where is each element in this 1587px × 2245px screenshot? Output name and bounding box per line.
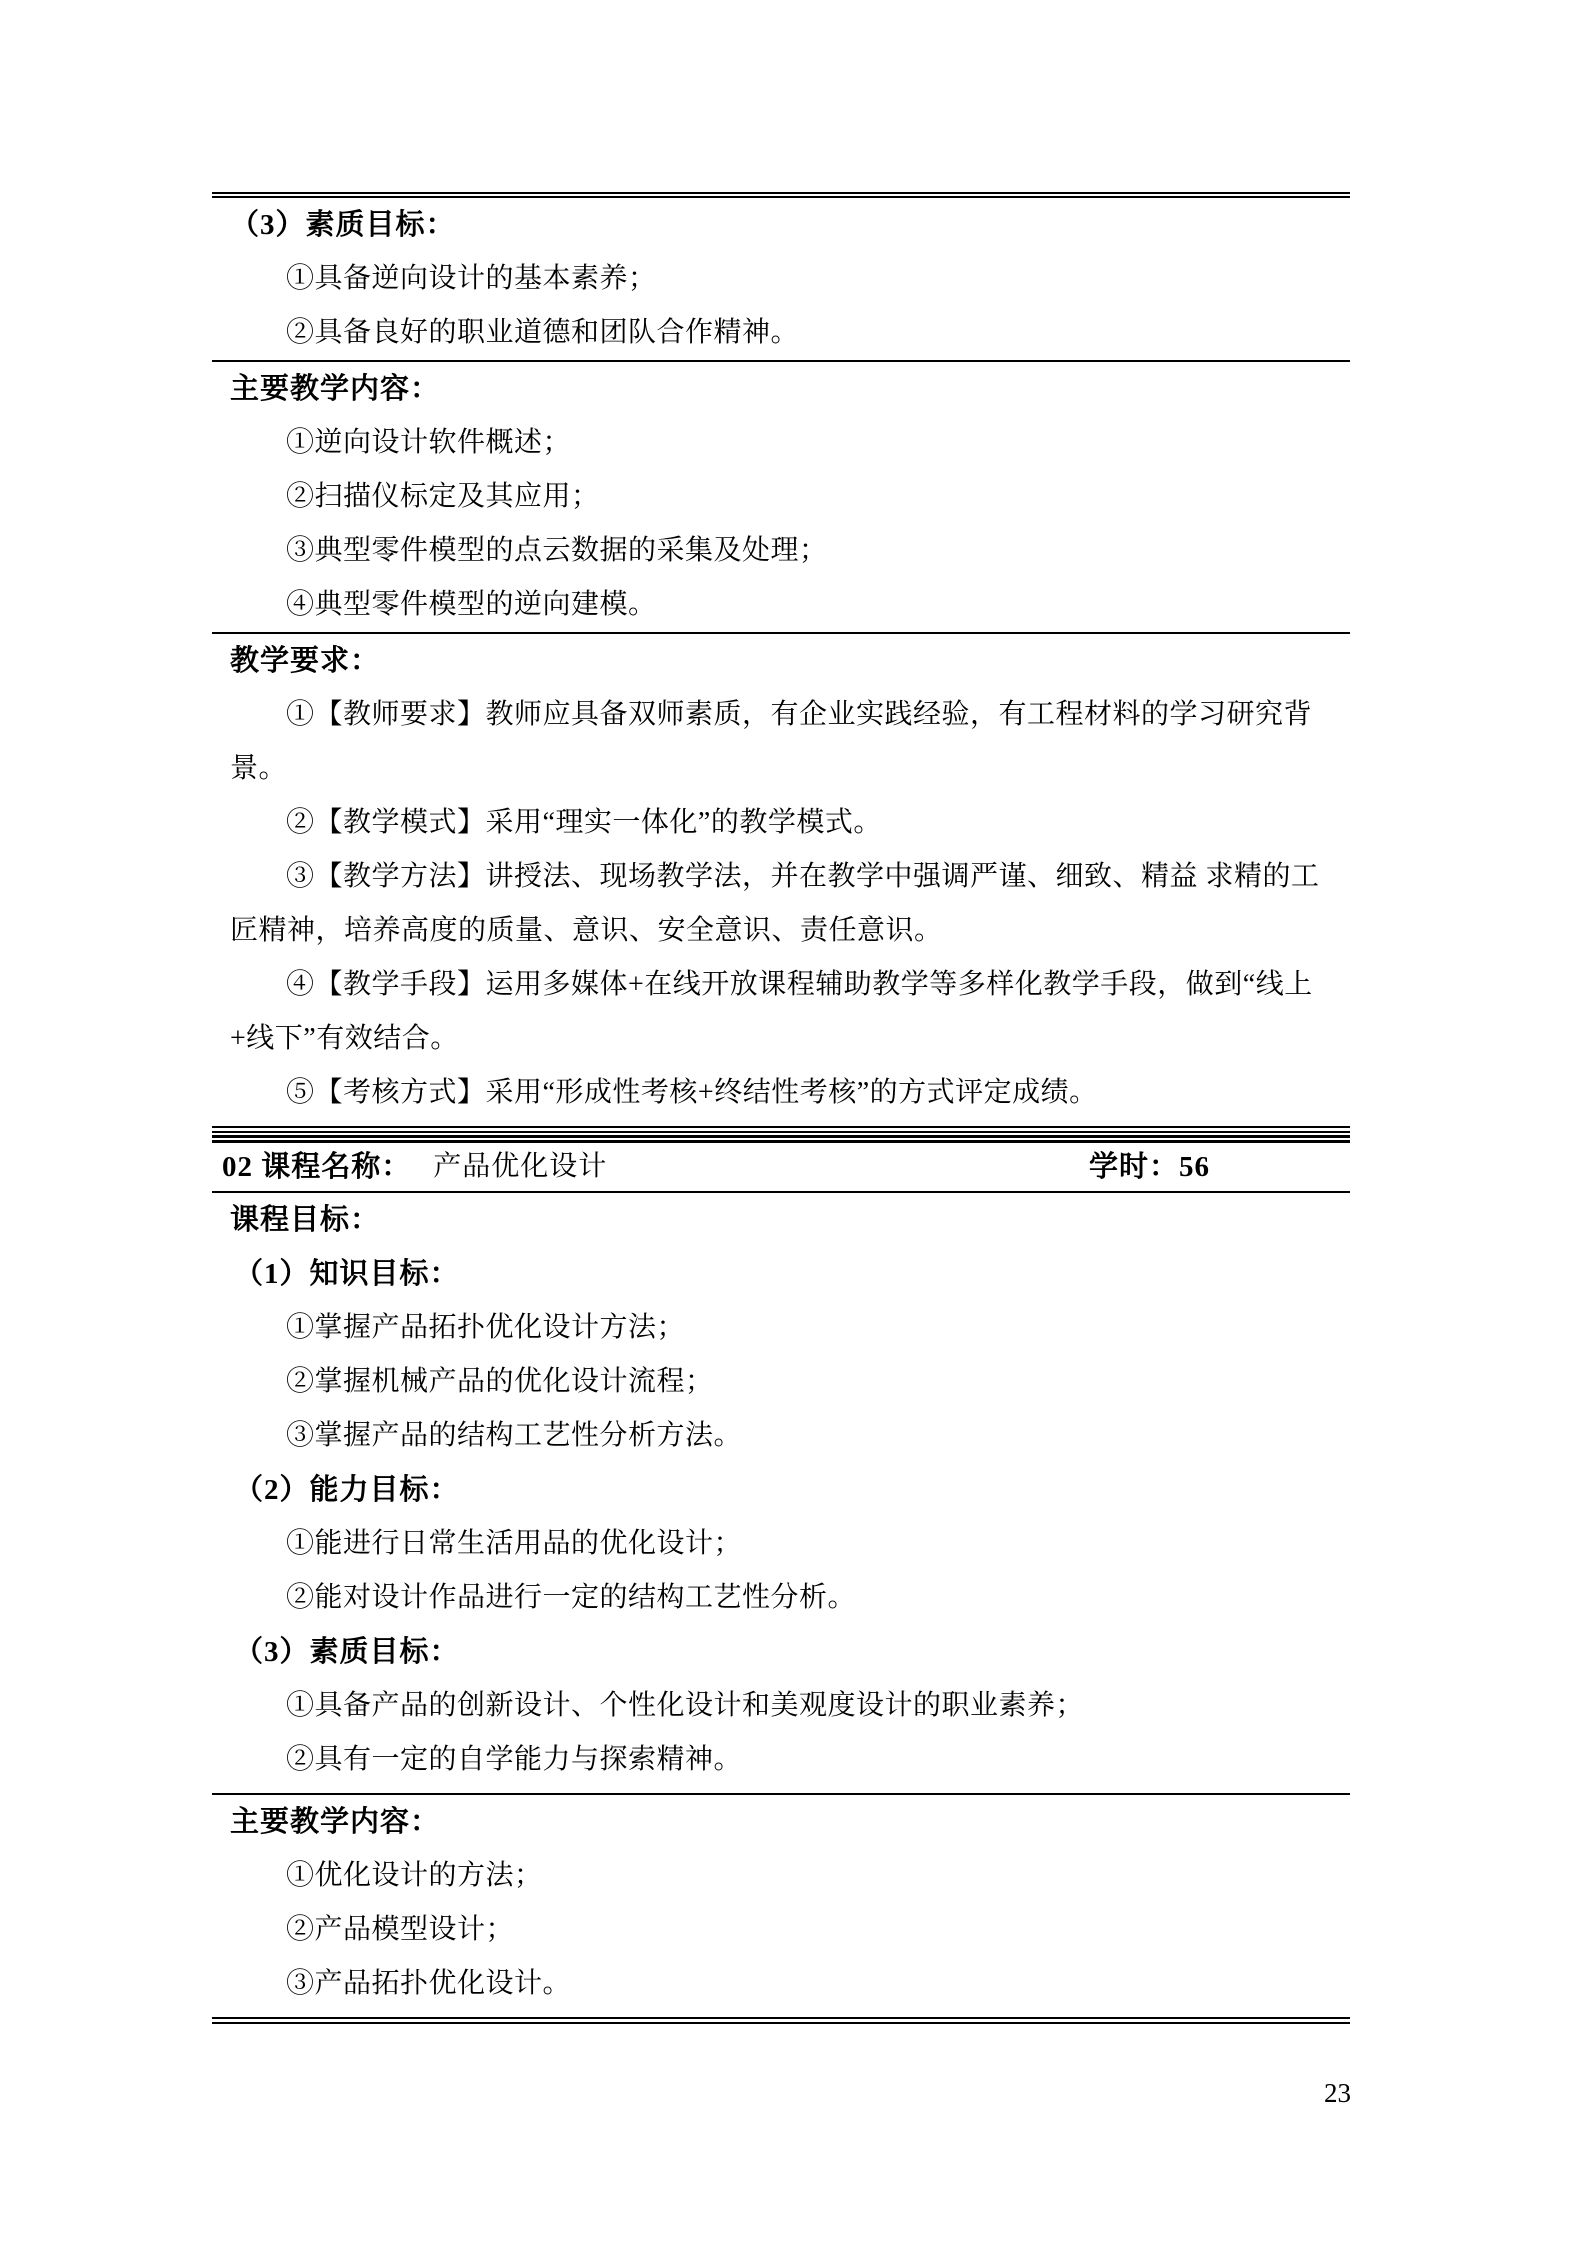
course-teaching-content-row: 主要教学内容： ①优化设计的方法； ②产品模型设计； ③产品拓扑优化设计。 bbox=[212, 1795, 1350, 2017]
knowledge-goal-item: ②掌握机械产品的优化设计流程； bbox=[220, 1355, 1342, 1409]
course-01-syllabus-table: （3）素质目标： ①具备逆向设计的基本素养； ②具备良好的职业道德和团队合作精神… bbox=[212, 192, 1350, 1133]
teaching-requirements-item: ①【教师要求】教师应具备双师素质，有企业实践经验，有工程材料的学习研究背景。 bbox=[220, 688, 1342, 796]
quality-goal-item: ①具备逆向设计的基本素养； bbox=[220, 252, 1342, 306]
teaching-requirements-row: 教学要求： ①【教师要求】教师应具备双师素质，有企业实践经验，有工程材料的学习研… bbox=[212, 634, 1350, 1126]
course-02-syllabus-table: 02 课程名称： 产品优化设计 学时：56 课程目标： （1）知识目标： ①掌握… bbox=[212, 1135, 1350, 2024]
course-objectives-row: 课程目标： （1）知识目标： ①掌握产品拓扑优化设计方法； ②掌握机械产品的优化… bbox=[212, 1193, 1350, 1795]
course-header-row: 02 课程名称： 产品优化设计 学时：56 bbox=[212, 1143, 1350, 1193]
quality-goal-item: ②具备良好的职业道德和团队合作精神。 bbox=[220, 306, 1342, 360]
teaching-content-item: ①逆向设计软件概述； bbox=[220, 416, 1342, 470]
document-page: （3）素质目标： ①具备逆向设计的基本素养； ②具备良好的职业道德和团队合作精神… bbox=[0, 0, 1587, 2245]
teaching-requirements-item: ②【教学模式】采用“理实一体化”的教学模式。 bbox=[220, 796, 1342, 850]
ability-goal-item: ②能对设计作品进行一定的结构工艺性分析。 bbox=[220, 1571, 1342, 1625]
teaching-content-item: ④典型零件模型的逆向建模。 bbox=[220, 578, 1342, 632]
quality-goal-title: （3）素质目标： bbox=[220, 1625, 1342, 1679]
quality-goal-item: ②具有一定的自学能力与探索精神。 bbox=[220, 1733, 1342, 1787]
ability-goal-title: （2）能力目标： bbox=[220, 1463, 1342, 1517]
teaching-content-item: ③产品拓扑优化设计。 bbox=[220, 1957, 1342, 2011]
knowledge-goal-item: ③掌握产品的结构工艺性分析方法。 bbox=[220, 1409, 1342, 1463]
quality-goal-title: （3）素质目标： bbox=[220, 198, 1342, 252]
knowledge-goal-title: （1）知识目标： bbox=[220, 1247, 1342, 1301]
knowledge-goal-item: ①掌握产品拓扑优化设计方法； bbox=[220, 1301, 1342, 1355]
teaching-content-item: ③典型零件模型的点云数据的采集及处理； bbox=[220, 524, 1342, 578]
teaching-requirements-item: ④【教学手段】运用多媒体+在线开放课程辅助教学等多样化教学手段，做到“线上+线下… bbox=[220, 958, 1342, 1066]
quality-goal-row: （3）素质目标： ①具备逆向设计的基本素养； ②具备良好的职业道德和团队合作精神… bbox=[212, 198, 1350, 362]
course-name-label: 02 课程名称： bbox=[220, 1142, 411, 1192]
teaching-content-item: ②扫描仪标定及其应用； bbox=[220, 470, 1342, 524]
teaching-content-item: ①优化设计的方法； bbox=[220, 1849, 1342, 1903]
course-hours: 学时：56 bbox=[1089, 1142, 1210, 1192]
teaching-content-row: 主要教学内容： ①逆向设计软件概述； ②扫描仪标定及其应用； ③典型零件模型的点… bbox=[212, 362, 1350, 634]
teaching-requirements-item: ③【教学方法】讲授法、现场教学法，并在教学中强调严谨、细致、精益 求精的工匠精神… bbox=[220, 850, 1342, 958]
teaching-requirements-title: 教学要求： bbox=[220, 634, 1342, 688]
quality-goal-item: ①具备产品的创新设计、个性化设计和美观度设计的职业素养； bbox=[220, 1679, 1342, 1733]
teaching-content-item: ②产品模型设计； bbox=[220, 1903, 1342, 1957]
ability-goal-item: ①能进行日常生活用品的优化设计； bbox=[220, 1517, 1342, 1571]
teaching-content-title: 主要教学内容： bbox=[220, 362, 1342, 416]
teaching-content-title: 主要教学内容： bbox=[220, 1795, 1342, 1849]
course-objectives-title: 课程目标： bbox=[220, 1193, 1342, 1247]
course-name-value: 产品优化设计 bbox=[433, 1142, 607, 1192]
teaching-requirements-item: ⑤【考核方式】采用“形成性考核+终结性考核”的方式评定成绩。 bbox=[220, 1066, 1342, 1120]
page-number: 23 bbox=[1324, 2078, 1351, 2109]
